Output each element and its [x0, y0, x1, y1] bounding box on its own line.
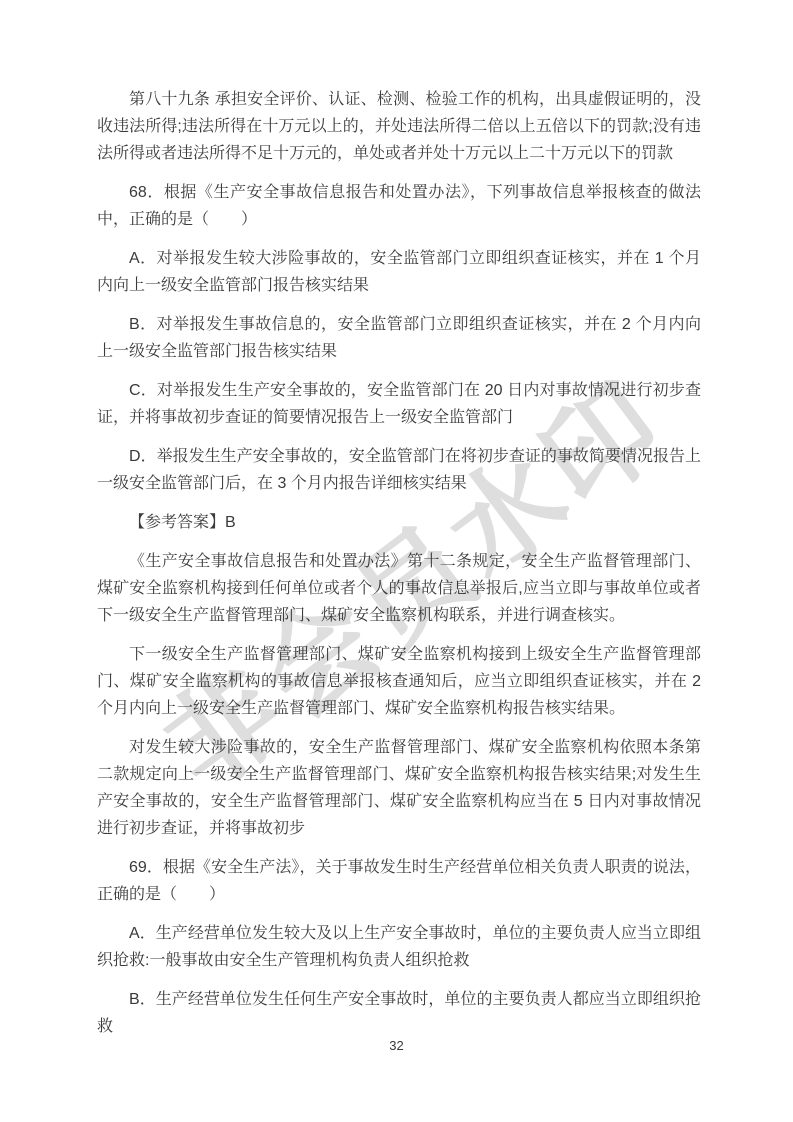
reference-answer: 【参考答案】B [97, 509, 701, 536]
explanation-paragraph-2: 下一级安全生产监督管理部门、煤矿安全监察机构接到上级安全生产监督管理部门、煤矿安… [97, 641, 701, 722]
document-page: 非会员水印 第八十九条 承担安全评价、认证、检测、检验工作的机构，出具虚假证明的… [0, 0, 793, 1122]
question-68: 68．根据《生产安全事故信息报告和处置办法》，下列事故信息举报核查的做法中，正确… [97, 179, 701, 233]
question-69-option-b: B．生产经营单位发生任何生产安全事故时，单位的主要负责人都应当立即组织抢救 [97, 986, 701, 1040]
explanation-paragraph-1: 《生产安全事故信息报告和处置办法》第十二条规定，安全生产监督管理部门、煤矿安全监… [97, 548, 701, 629]
page-content: 第八十九条 承担安全评价、认证、检测、检验工作的机构，出具虚假证明的，没收违法所… [97, 86, 701, 1052]
question-69-option-a: A．生产经营单位发生较大及以上生产安全事故时，单位的主要负责人应当立即组织抢救:… [97, 920, 701, 974]
question-69: 69．根据《安全生产法》，关于事故发生时生产经营单位相关负责人职责的说法，正确的… [97, 854, 701, 908]
question-68-option-b: B．对举报发生事故信息的，安全监管部门立即组织查证核实，并在 2 个月内向上一级… [97, 311, 701, 365]
page-number: 32 [0, 1038, 793, 1053]
question-68-option-c: C．对举报发生生产安全事故的，安全监管部门在 20 日内对事故情况进行初步查证，… [97, 377, 701, 431]
explanation-paragraph-3: 对发生较大涉险事故的，安全生产监督管理部门、煤矿安全监察机构依照本条第二款规定向… [97, 734, 701, 842]
question-68-option-d: D．举报发生生产安全事故的，安全监管部门在将初步查证的事故简要情况报告上一级安全… [97, 443, 701, 497]
body-paragraph: 第八十九条 承担安全评价、认证、检测、检验工作的机构，出具虚假证明的，没收违法所… [97, 86, 701, 167]
question-68-option-a: A．对举报发生较大涉险事故的，安全监管部门立即组织查证核实，并在 1 个月内向上… [97, 245, 701, 299]
